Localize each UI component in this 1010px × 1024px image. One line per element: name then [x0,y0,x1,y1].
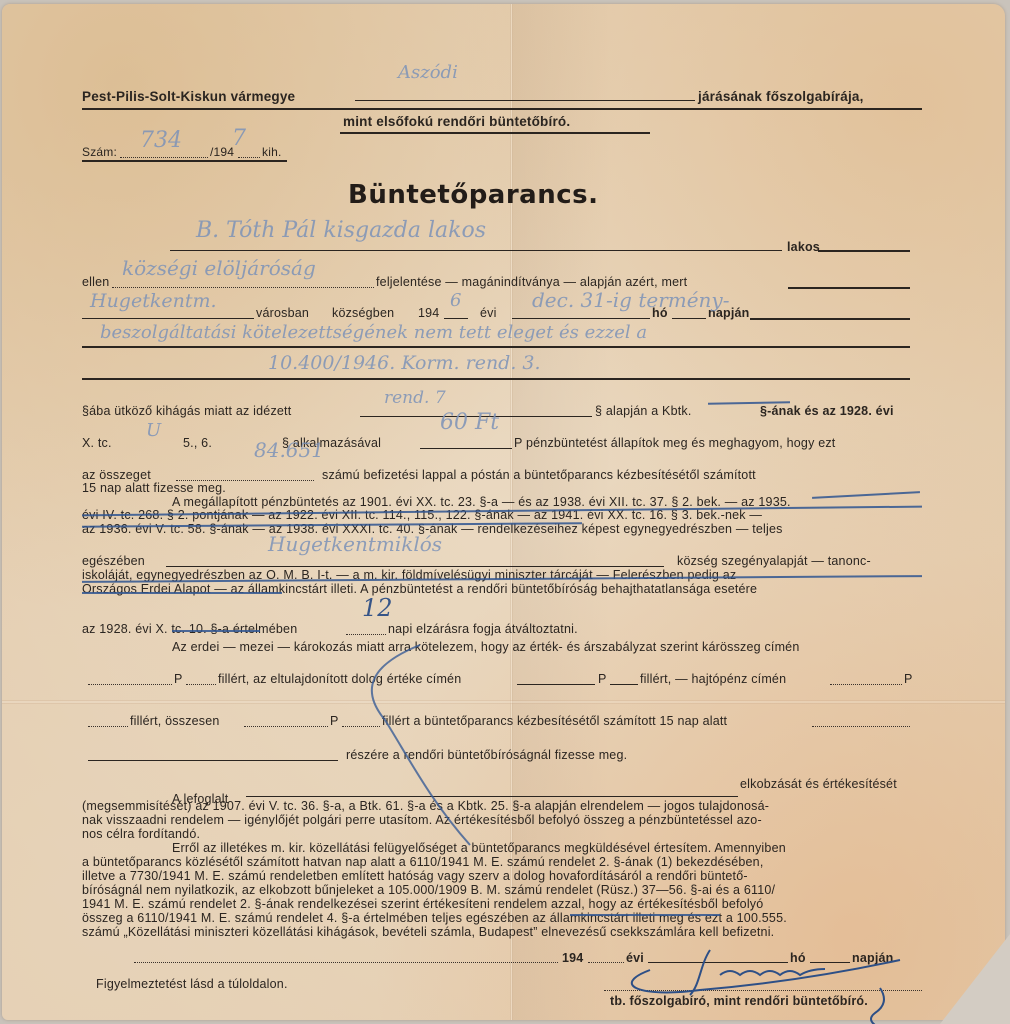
ink-strike [82,592,282,594]
year-digit-blank [444,318,468,319]
filler-15-text: fillért a büntetőparancs kézbesítésétől … [382,714,727,728]
payee-blank-1 [812,726,910,727]
total-f-blank [342,726,380,727]
damage-p-blank [88,684,172,685]
detention-text: napi elzárásra fogja átváltoztatni. [388,622,578,636]
complainant-blank [112,287,374,288]
p-label-3: P [904,672,913,686]
handwritten-accused: B. Tóth Pál kisgazda lakos [196,218,486,243]
number-rule [82,160,287,162]
payable-text: részére a rendőri büntetőbíróságnál fize… [346,748,627,762]
p-label-1: P [174,672,183,686]
horizontal-fold-crease [2,700,1005,704]
ink-strike [172,630,260,632]
pay-15-days: 15 nap alatt fizesse meg. [82,481,226,495]
handwritten-case-number: 734 [140,128,182,153]
date-day: napján [852,951,893,965]
authority-label: mint elsőfokú rendőri büntetőbíró. [343,114,570,129]
county-label: Pest-Pilis-Solt-Kiskun vármegye [82,89,295,104]
complaint-text: feljelentése — magánindítványa — alapján… [376,275,687,289]
p-label-4: P [330,714,339,728]
based-on-text: § alapján a Kbtk. [595,404,692,418]
date-year-blank [588,962,624,963]
against-label: ellen [82,275,109,289]
section-1928-text: §-ának és az 1928. évi [760,404,894,418]
handwritten-u: U [146,420,161,441]
municipality-blank [166,566,664,567]
handwritten-offense: beszolgáltatási kötelezettségének nem te… [100,322,647,343]
payee-blank-2 [88,760,338,761]
signature-title: tb. főszolgabíró, mint rendőri büntetőbí… [610,994,868,1008]
year-suffix: évi [480,306,497,320]
authority-rule [340,132,650,134]
confiscate-text: elkobzását és értékesítését [740,777,897,791]
header-rule [82,108,922,110]
district-suffix: járásának főszolgabírája, [698,89,864,104]
days-blank [346,634,386,635]
handwritten-year-digit: 6 [450,290,461,311]
place-blank [134,962,558,963]
violation-text: §ába ütköző kihágás miatt az idézett [82,404,291,418]
handwritten-case-year: 7 [232,126,246,151]
notify-para-7: számú „Közellátási miniszteri közellátás… [82,925,774,939]
fine-para-1: A megállapított pénzbüntetés az 1901. év… [172,495,791,509]
town-blank [82,318,254,319]
page-title: Büntetőparancs. [348,180,599,210]
seized-para-4: nos célra fordítandó. [82,827,200,841]
handwritten-district: Aszódi [398,62,458,83]
number-year: /194 [210,145,234,159]
torn-corner [940,934,1010,1024]
handwritten-paragraph-ref: rend. 7 [384,388,446,408]
date-day-blank [810,962,850,963]
date-year: 194 [562,951,583,965]
year-blank [238,157,260,158]
handwritten-fine-amount: 60 Ft [440,410,499,435]
paragraphs-label: 5., 6. [183,436,212,450]
handwritten-form-number: 84.651 [254,438,324,462]
wholly-label: egészében [82,554,145,568]
law-1928-text: az 1928. évi X. tc. 10. §-a értelmében [82,622,297,636]
seized-blank [246,796,738,797]
value-f-blank [610,684,638,685]
handwritten-date-text: dec. 31-ig termény- [532,288,730,312]
fine-blank [420,448,512,449]
in-village-label: községben [332,306,394,320]
number-blank [120,157,208,158]
accused-blank [170,250,782,251]
handwritten-decree: 10.400/1946. Korm. rend. 3. [268,352,541,374]
ink-strike [570,914,720,916]
notify-para-3: illetve a 7730/1941 M. E. számú rendelet… [82,869,748,883]
notify-para-2: a büntetőparancs közlésétől számított ha… [82,855,764,869]
total-p-blank [244,726,328,727]
date-evi: évi [626,951,644,965]
hajto-f-blank [88,726,128,727]
offense-blank-2 [82,346,910,348]
number-suffix: kih. [262,145,281,159]
month-blank [512,318,650,319]
date-month-blank [648,962,788,963]
handwritten-municipality: Hugetkentmiklós [268,532,442,556]
handwritten-days: 12 [362,594,393,622]
date-month: hó [790,951,806,965]
signature-line [604,990,922,991]
amount-label: az összeget [82,468,151,482]
notify-para-4: bíróságnál nem nyilatkozik, az elkobzott… [82,883,775,897]
filler-value-text: fillért, az eltulajdonított dolog értéke… [218,672,461,686]
damage-f-blank [186,684,216,685]
p-label-2: P [598,672,607,686]
number-label: Szám: [82,145,117,159]
reason-blank [788,287,910,289]
warning-text: Figyelmeztetést lásd a túloldalon. [96,977,288,991]
notify-para-5: 1941 M. E. számú rendelet 2. §-ának rend… [82,897,763,911]
xtc-label: X. tc. [82,436,112,450]
resident-label: lakos [787,240,820,254]
poor-fund-text: község szegényalapját — tanonc- [677,554,871,568]
resident-blank [818,250,910,252]
offense-blank-3 [82,378,910,380]
hajto-p-blank [830,684,902,685]
offense-blank-1 [750,318,910,320]
fine-text: P pénzbüntetést állapítok meg és meghagy… [514,436,835,450]
handwritten-town: Hugetkentm. [90,290,217,312]
seized-para-3: nak visszaadni rendelem — igénylőjét pol… [82,813,762,827]
day-blank [672,318,706,319]
notify-para-1: Erről az illetékes m. kir. közellátási f… [172,841,786,855]
filler-total-text: fillért, összesen [130,714,220,728]
payment-slip-text: számú befizetési lappal a póstán a bünte… [322,468,756,482]
in-town-label: városban [256,306,309,320]
district-blank [355,100,695,101]
year-prefix: 194 [418,306,439,320]
handwritten-complainant: községi elöljáróság [122,256,316,280]
value-p-blank [517,684,595,685]
filler-hajto-text: fillért, — hajtópénz címén [640,672,786,686]
damage-text: Az erdei — mezei — károkozás miatt arra … [172,640,799,654]
seized-para-2: (megsemmisítését) az 1907. évi V. tc. 36… [82,799,769,813]
